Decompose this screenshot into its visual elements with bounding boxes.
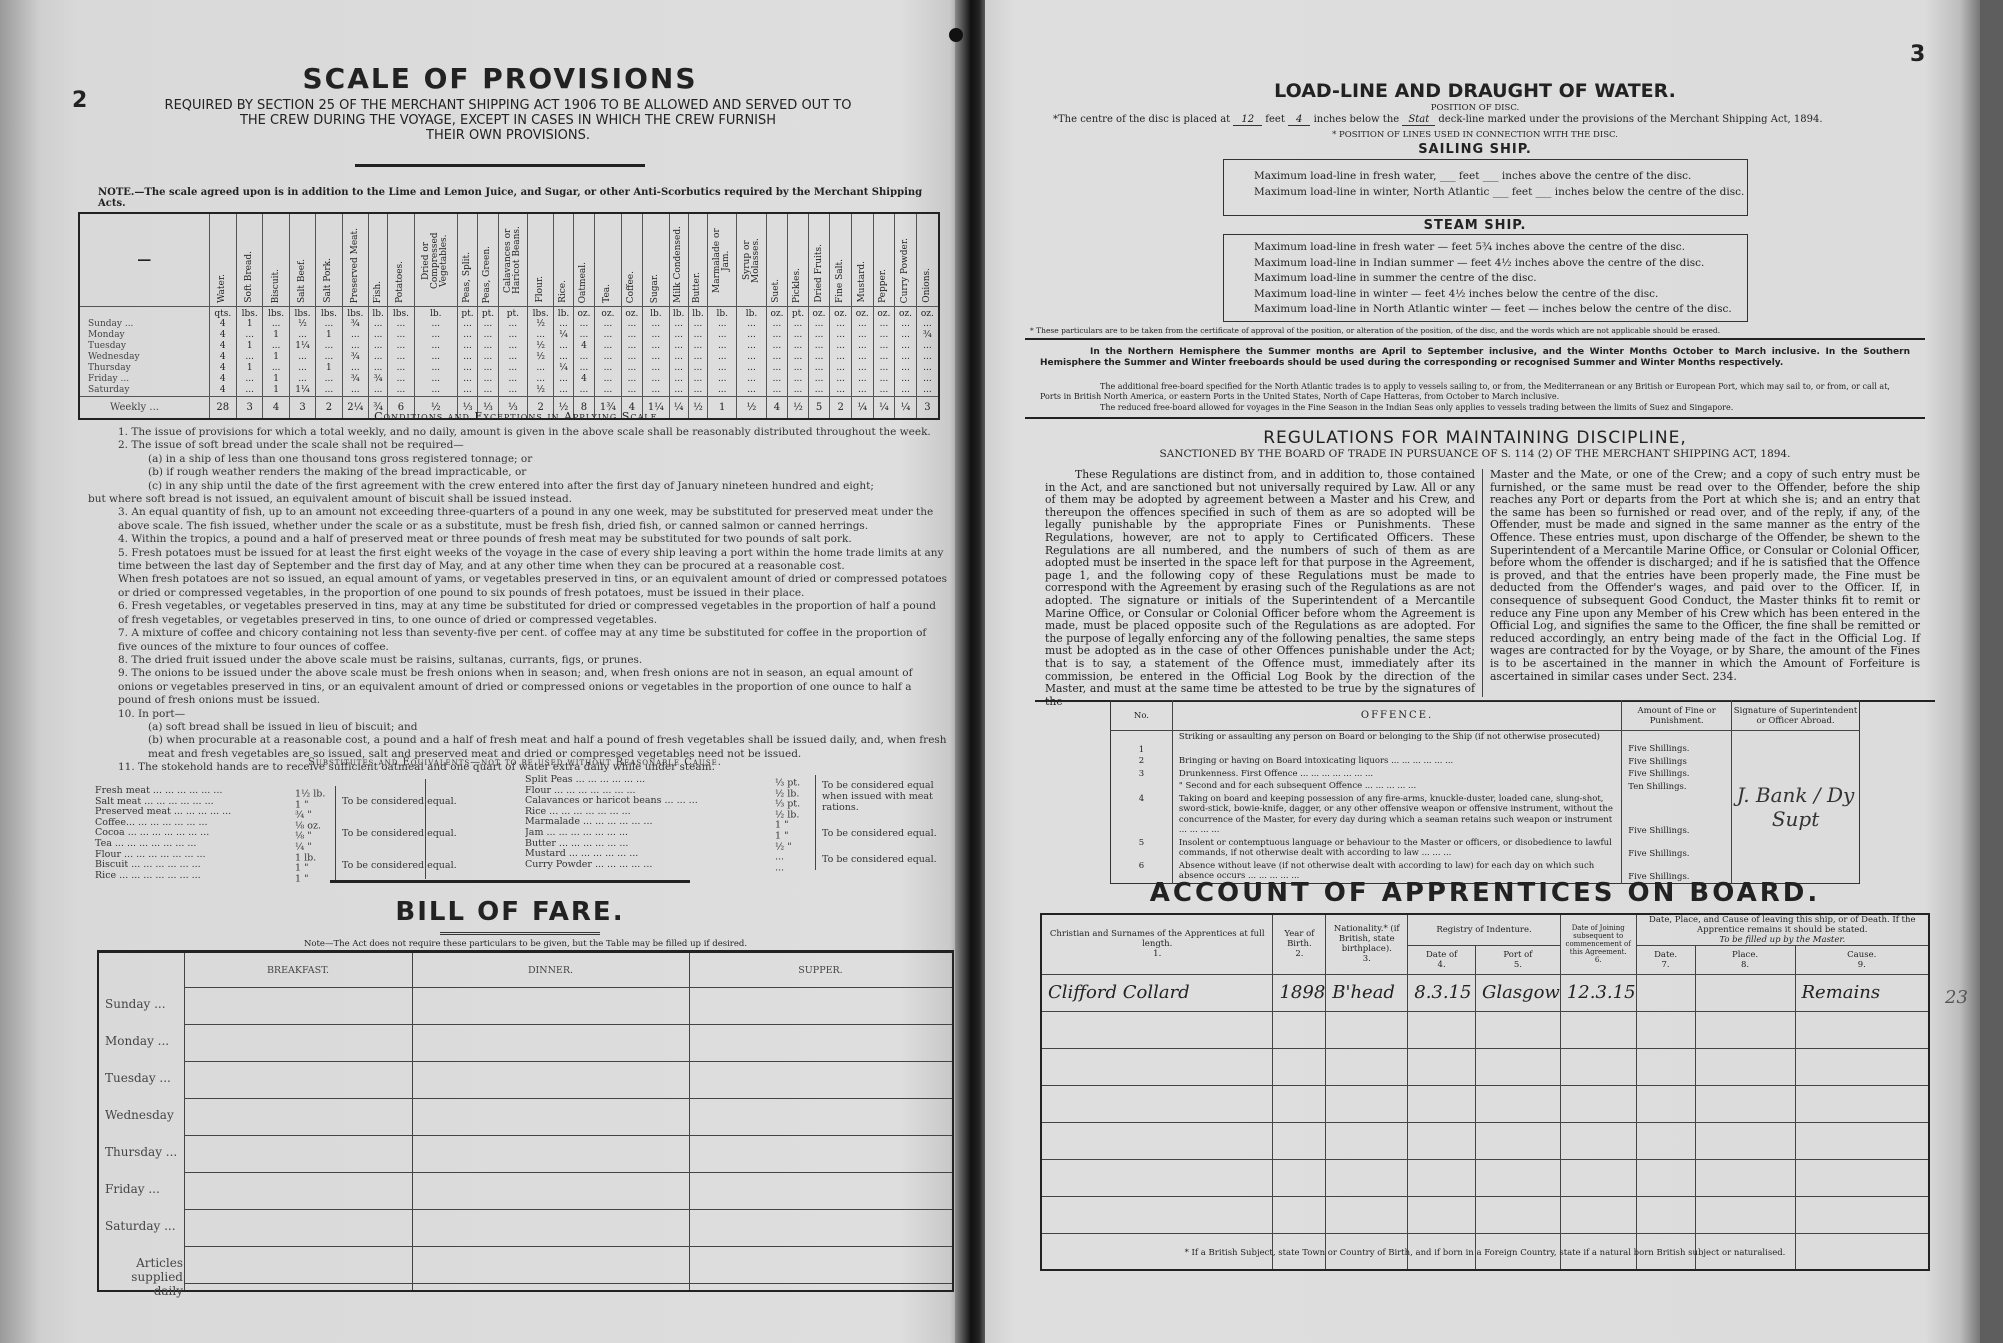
- page-title: LOAD-LINE AND DRAUGHT OF WATER.: [985, 80, 1965, 102]
- substitutes-left: Fresh meat ... ... ... ... ... ...1½ lb.…: [95, 786, 425, 881]
- header-label: Nationality.* (if British, state birthpl…: [1326, 924, 1407, 954]
- offence-fine: Five Shillings.: [1622, 837, 1732, 860]
- apprentice-nationality[interactable]: [1326, 1011, 1408, 1048]
- column-header: Marmalade or Jam.: [708, 213, 737, 307]
- value-cell: ...: [873, 363, 895, 374]
- value-cell: ...: [830, 330, 852, 341]
- value-cell: ...: [808, 341, 830, 352]
- meal-entry-cell[interactable]: [413, 1099, 688, 1134]
- value-cell: ...: [916, 341, 939, 352]
- value-cell: ...: [263, 341, 289, 352]
- value-cell: 1: [237, 341, 263, 352]
- substitute-qty: 1 ": [295, 873, 308, 884]
- page-number: 3: [1910, 42, 1925, 67]
- value-cell: ...: [766, 341, 788, 352]
- apprentice-place[interactable]: [1695, 1011, 1795, 1048]
- apprentice-date[interactable]: [1636, 1196, 1695, 1233]
- unit-cell: lb.: [368, 307, 387, 320]
- meal-entry-cell[interactable]: [185, 1210, 411, 1245]
- unit-cell: pt.: [498, 307, 527, 320]
- unit-cell: lbs.: [342, 307, 368, 320]
- apprentice-cause[interactable]: [1795, 1159, 1929, 1196]
- value-cell: ½: [527, 385, 553, 397]
- value-cell: ...: [573, 385, 595, 397]
- apprentice-year[interactable]: [1273, 1196, 1326, 1233]
- apprentice-joining[interactable]: [1560, 1048, 1636, 1085]
- value-cell: ...: [895, 352, 917, 363]
- value-cell: ...: [788, 363, 808, 374]
- corner-label: —: [79, 213, 209, 307]
- value-cell: ...: [643, 330, 669, 341]
- apprentice-name[interactable]: [1041, 1159, 1273, 1196]
- value-cell: ...: [851, 374, 873, 385]
- load-line-row: Maximum load-line in fresh water — feet …: [1254, 240, 1747, 256]
- apprentice-date-of[interactable]: 8.3.15: [1408, 974, 1476, 1011]
- column-name: Pepper.: [879, 265, 888, 303]
- apprentice-nationality[interactable]: [1326, 1196, 1408, 1233]
- value-cell: ...: [873, 374, 895, 385]
- value-cell: ...: [766, 374, 788, 385]
- header-signature: Signature of Superintendent or Officer A…: [1732, 701, 1860, 731]
- apprentice-year[interactable]: [1273, 1122, 1326, 1159]
- apprentice-date[interactable]: [1636, 1048, 1695, 1085]
- unit-cell: lb.: [643, 307, 669, 320]
- substitute-item: Coffee... ... ... ... ... ... ...: [95, 818, 295, 829]
- meal-entry-cell[interactable]: [185, 988, 411, 1023]
- apprentice-joining[interactable]: [1560, 1011, 1636, 1048]
- apprentice-name[interactable]: Clifford Collard: [1041, 974, 1273, 1011]
- apprentice-joining[interactable]: [1560, 1122, 1636, 1159]
- meal-entry-cell[interactable]: [185, 1173, 411, 1208]
- substitutes-title: Substitutes and Equivalents—not to be us…: [195, 757, 835, 768]
- value-cell: ...: [669, 385, 688, 397]
- column-header: Milk Condensed.: [669, 213, 688, 307]
- unit-cell: pt.: [457, 307, 477, 320]
- column-number: 8.: [1696, 960, 1795, 970]
- value-cell: ...: [478, 385, 498, 397]
- value-cell: ...: [873, 352, 895, 363]
- value-cell: 1: [316, 363, 342, 374]
- apprentice-date-of[interactable]: [1408, 1196, 1476, 1233]
- apprentice-name[interactable]: [1041, 1085, 1273, 1122]
- header-nationality: Nationality.* (if British, state birthpl…: [1326, 914, 1408, 974]
- column-number: 7.: [1637, 960, 1695, 970]
- value-cell: 4: [209, 374, 237, 385]
- unit-cell: oz.: [873, 307, 895, 320]
- value-cell: ...: [643, 363, 669, 374]
- value-cell: 1: [263, 352, 289, 363]
- meal-entry-cell[interactable]: [690, 1062, 951, 1097]
- apprentice-nationality[interactable]: [1326, 1159, 1408, 1196]
- value-cell: ¼: [554, 363, 573, 374]
- value-cell: ...: [766, 363, 788, 374]
- column-name: Mustard.: [858, 257, 867, 303]
- apprentice-date[interactable]: [1636, 974, 1695, 1011]
- apprentice-place[interactable]: [1695, 1196, 1795, 1233]
- disc-feet-value: 12: [1233, 114, 1262, 126]
- column-number: 3.: [1326, 954, 1407, 964]
- meal-entry-cell[interactable]: [690, 1025, 951, 1060]
- offence-number: 2: [1111, 755, 1173, 768]
- apprentice-nationality[interactable]: [1326, 1085, 1408, 1122]
- unit-cell: oz.: [621, 307, 643, 320]
- apprentice-date[interactable]: [1636, 1122, 1695, 1159]
- value-cell: ¼: [554, 330, 573, 341]
- apprentice-joining[interactable]: 12.3.15: [1560, 974, 1636, 1011]
- column-name: Syrup or Molasses.: [743, 214, 761, 303]
- meal-entry-cell[interactable]: [185, 1025, 411, 1060]
- day-label: Saturday: [79, 385, 209, 397]
- condition-item: (a) in a ship of less than one thousand …: [88, 453, 948, 466]
- value-cell: ...: [498, 341, 527, 352]
- apprentice-port-of[interactable]: [1475, 1159, 1560, 1196]
- apprentice-date-of[interactable]: [1408, 1122, 1476, 1159]
- day-label: Thursday ...: [105, 1145, 183, 1159]
- value-cell: ...: [237, 385, 263, 397]
- value-cell: ...: [851, 363, 873, 374]
- header-label: Date, Place, and Cause of leaving this s…: [1637, 915, 1928, 935]
- condition-item: 6. Fresh vegetables, or vegetables prese…: [88, 600, 948, 627]
- column-number: 9.: [1796, 960, 1929, 970]
- unit-cell: pt.: [788, 307, 808, 320]
- value-cell: ...: [237, 330, 263, 341]
- substitute-item: Cocoa ... ... ... ... ... ... ...: [95, 828, 295, 839]
- value-cell: ...: [498, 385, 527, 397]
- value-cell: ...: [414, 374, 457, 385]
- column-name: Preserved Meat.: [351, 224, 360, 303]
- meal-entry-cell[interactable]: [185, 1062, 411, 1097]
- column-header: Soft Bread.: [237, 213, 263, 307]
- apprentice-date[interactable]: [1636, 1159, 1695, 1196]
- meal-entry-cell[interactable]: [185, 1247, 411, 1282]
- divider: [1025, 417, 1925, 419]
- regulations-subtitle: SANCTIONED BY THE BOARD OF TRADE IN PURS…: [985, 448, 1965, 460]
- value-cell: ...: [498, 330, 527, 341]
- apprentices-table: Christian and Surnames of the Apprentice…: [1040, 913, 1930, 1271]
- column-header: Rice.: [554, 213, 573, 307]
- apprentice-name[interactable]: [1041, 1196, 1273, 1233]
- substitute-group: Split Peas ... ... ... ... ... ...⅓ pt.F…: [525, 775, 955, 817]
- column-header: Peas, Green.: [478, 213, 498, 307]
- value-cell: ...: [851, 330, 873, 341]
- apprentice-cause[interactable]: [1795, 1196, 1929, 1233]
- value-cell: ...: [851, 352, 873, 363]
- apprentice-place[interactable]: [1695, 1085, 1795, 1122]
- value-cell: ...: [669, 352, 688, 363]
- value-cell: ...: [895, 385, 917, 397]
- column-header: Onions.: [916, 213, 939, 307]
- meal-entry-cell[interactable]: [690, 1210, 951, 1245]
- meal-header: BREAKFAST.: [184, 965, 412, 976]
- value-cell: ...: [621, 319, 643, 330]
- column-header: Fish.: [368, 213, 387, 307]
- apprentice-nationality[interactable]: [1326, 1048, 1408, 1085]
- column-header: Calavances or Haricot Beans.: [498, 213, 527, 307]
- apprentice-port-of[interactable]: [1475, 1122, 1560, 1159]
- substitute-item: Flour ... ... ... ... ... ... ...: [95, 850, 295, 861]
- column-header: Salt Pork.: [316, 213, 342, 307]
- value-cell: 4: [573, 374, 595, 385]
- value-cell: ...: [414, 319, 457, 330]
- meal-entry-cell[interactable]: [185, 1136, 411, 1171]
- value-cell: ...: [788, 341, 808, 352]
- value-cell: ½: [527, 341, 553, 352]
- apprentice-port-of[interactable]: Glasgow: [1475, 974, 1560, 1011]
- value-cell: ...: [478, 363, 498, 374]
- column-name: Flour.: [536, 272, 545, 303]
- apprentice-port-of[interactable]: [1475, 1048, 1560, 1085]
- meal-entry-cell[interactable]: [690, 988, 951, 1023]
- column-name: Potatoes.: [396, 257, 405, 303]
- apprentice-cause[interactable]: [1795, 1085, 1929, 1122]
- regulations-column-2: Master and the Mate, or one of the Crew;…: [1490, 469, 1920, 683]
- apprentice-date[interactable]: [1636, 1085, 1695, 1122]
- apprentice-year[interactable]: 1898: [1273, 974, 1326, 1011]
- substitute-group: Coffee... ... ... ... ... ... ...⅛ oz.Co…: [95, 818, 425, 850]
- value-cell: ½: [289, 319, 315, 330]
- condition-item: 5. Fresh potatoes must be issued for at …: [88, 547, 948, 574]
- column-name: Pickles.: [793, 264, 802, 303]
- value-cell: ...: [708, 319, 737, 330]
- meal-entry-cell[interactable]: [690, 1136, 951, 1171]
- day-label: Monday: [79, 330, 209, 341]
- value-cell: ...: [669, 341, 688, 352]
- load-line-row: Maximum load-line in fresh water, ___ fe…: [1254, 168, 1747, 184]
- value-cell: ...: [737, 341, 766, 352]
- value-cell: ...: [554, 374, 573, 385]
- apprentice-row-empty: [1041, 1048, 1929, 1085]
- column-name: Peas, Split.: [463, 248, 472, 303]
- unit-cell: lb.: [414, 307, 457, 320]
- apprentice-place[interactable]: [1695, 1048, 1795, 1085]
- unit-cell: lb.: [737, 307, 766, 320]
- column-header: Water.: [209, 213, 237, 307]
- blank-cell: [79, 307, 209, 320]
- value-cell: ...: [916, 385, 939, 397]
- column-name: Suet.: [772, 275, 781, 303]
- unit-cell: pt.: [478, 307, 498, 320]
- substitute-item: Flour ... ... ... ... ... ... ...: [525, 786, 775, 797]
- apprentice-place[interactable]: [1695, 974, 1795, 1011]
- apprentice-port-of[interactable]: [1475, 1085, 1560, 1122]
- value-cell: 4: [209, 352, 237, 363]
- value-cell: ...: [457, 352, 477, 363]
- unit-cell: oz.: [830, 307, 852, 320]
- value-cell: ...: [788, 374, 808, 385]
- unit-cell: oz.: [573, 307, 595, 320]
- apprentice-port-of[interactable]: [1475, 1196, 1560, 1233]
- meal-entry-cell[interactable]: [413, 1210, 688, 1245]
- apprentice-row: Clifford Collard1898B'head8.3.15Glasgow1…: [1041, 974, 1929, 1011]
- column-header: Flour.: [527, 213, 553, 307]
- value-cell: ...: [643, 341, 669, 352]
- equal-label: To be considered equal.: [335, 818, 465, 850]
- column-name: Curry Powder.: [901, 234, 910, 303]
- meal-entry-cell[interactable]: [413, 1062, 688, 1097]
- sailing-ship-title: SAILING SHIP.: [985, 142, 1965, 157]
- header-label: Date of Joining subsequent to commenceme…: [1561, 924, 1636, 956]
- unit-cell: oz.: [595, 307, 621, 320]
- apprentice-date-of[interactable]: [1408, 1159, 1476, 1196]
- apprentice-place[interactable]: [1695, 1122, 1795, 1159]
- value-cell: ...: [688, 330, 707, 341]
- regulations-column-1: These Regulations are distinct from, and…: [1045, 469, 1475, 708]
- apprentice-cause[interactable]: [1795, 1011, 1929, 1048]
- load-line-row: Maximum load-line in winter, North Atlan…: [1254, 184, 1747, 200]
- header-sub-label: To be filled up by the Master.: [1637, 935, 1928, 945]
- apprentice-joining[interactable]: [1560, 1159, 1636, 1196]
- binding-hole: [949, 28, 963, 42]
- apprentice-row-empty: [1041, 1085, 1929, 1122]
- apprentice-row-empty: [1041, 1196, 1929, 1233]
- apprentice-joining[interactable]: [1560, 1085, 1636, 1122]
- apprentice-joining[interactable]: [1560, 1196, 1636, 1233]
- value-cell: ...: [388, 363, 414, 374]
- header-offence: OFFENCE.: [1172, 701, 1621, 731]
- apprentice-year[interactable]: [1273, 1085, 1326, 1122]
- apprentice-place[interactable]: [1695, 1159, 1795, 1196]
- day-label: Saturday ...: [105, 1219, 183, 1233]
- substitute-group: Fresh meat ... ... ... ... ... ...1½ lb.…: [95, 786, 425, 818]
- apprentice-cause[interactable]: Remains: [1795, 974, 1929, 1011]
- value-cell: 4: [209, 363, 237, 374]
- apprentice-name[interactable]: [1041, 1122, 1273, 1159]
- deck-value: Stat: [1402, 114, 1435, 126]
- value-cell: ...: [595, 341, 621, 352]
- value-cell: 1: [237, 363, 263, 374]
- conditions-list: 1. The issue of provisions for which a t…: [88, 426, 948, 775]
- value-cell: ...: [643, 352, 669, 363]
- condition-item: (a) soft bread shall be issued in lieu o…: [88, 721, 948, 734]
- value-cell: ...: [895, 374, 917, 385]
- unit-cell: oz.: [808, 307, 830, 320]
- value-cell: ...: [368, 385, 387, 397]
- divider: [330, 880, 690, 883]
- meal-entry-cell[interactable]: [413, 1173, 688, 1208]
- value-cell: ...: [414, 352, 457, 363]
- load-line-row: Maximum load-line in winter — feet 4½ in…: [1254, 287, 1747, 303]
- value-cell: ...: [388, 385, 414, 397]
- substitute-qty: ...: [775, 862, 784, 873]
- header-label: Year of Birth.: [1273, 929, 1325, 949]
- value-cell: ...: [895, 330, 917, 341]
- apprentice-name[interactable]: [1041, 1048, 1273, 1085]
- header-cause: Cause.9.: [1795, 946, 1929, 975]
- value-cell: ...: [478, 374, 498, 385]
- freeboard-note: The additional free-board specified for …: [1040, 382, 1910, 402]
- header-place: Place.8.: [1695, 946, 1795, 975]
- value-cell: ...: [788, 352, 808, 363]
- disc-sentence: *The centre of the disc is placed at 12 …: [1053, 114, 1953, 125]
- apprentice-date-of[interactable]: [1408, 1011, 1476, 1048]
- apprentice-date-of[interactable]: [1408, 1048, 1476, 1085]
- margin-note: 23: [1945, 987, 1968, 1008]
- value-cell: ...: [916, 374, 939, 385]
- condition-item: 3. An equal quantity of fish, up to an a…: [88, 506, 948, 533]
- meal-entry-cell[interactable]: [413, 988, 688, 1023]
- apprentice-date[interactable]: [1636, 1011, 1695, 1048]
- value-cell: ...: [498, 374, 527, 385]
- meal-header: SUPPER.: [689, 965, 952, 976]
- header-label: Date of: [1408, 950, 1475, 960]
- offence-fine: Five Shillings: [1622, 755, 1732, 768]
- condition-item: 8. The dried fruit issued under the abov…: [88, 654, 948, 667]
- column-name: Soft Bread.: [245, 247, 254, 303]
- day-label: Sunday ...: [105, 997, 183, 1011]
- apprentice-cause[interactable]: [1795, 1048, 1929, 1085]
- header-label: Cause.: [1796, 950, 1929, 960]
- apprentice-nationality[interactable]: [1326, 1122, 1408, 1159]
- apprentice-name[interactable]: [1041, 1011, 1273, 1048]
- header-year: Year of Birth.2.: [1273, 914, 1326, 974]
- value-cell: ...: [414, 341, 457, 352]
- disc-prefix: *The centre of the disc is placed at: [1053, 114, 1230, 125]
- page-number: 2: [72, 88, 87, 113]
- value-cell: ...: [414, 385, 457, 397]
- column-header: Mustard.: [851, 213, 873, 307]
- value-cell: ...: [316, 385, 342, 397]
- meal-entry-cell[interactable]: [185, 1099, 411, 1134]
- value-cell: 4: [209, 319, 237, 330]
- apprentice-nationality[interactable]: B'head: [1326, 974, 1408, 1011]
- value-cell: ...: [737, 352, 766, 363]
- value-cell: ...: [643, 385, 669, 397]
- meal-entry-cell[interactable]: [413, 1136, 688, 1171]
- meal-entry-cell[interactable]: [413, 1025, 688, 1060]
- unit-cell: lb.: [708, 307, 737, 320]
- value-cell: ¾: [342, 352, 368, 363]
- meal-entry-cell[interactable]: [413, 1247, 688, 1282]
- meal-entry-cell[interactable]: [690, 1099, 951, 1134]
- column-number: 1.: [1042, 949, 1272, 959]
- apprentice-date-of[interactable]: [1408, 1085, 1476, 1122]
- header-label: Port of: [1476, 950, 1560, 960]
- apprentice-cause[interactable]: [1795, 1122, 1929, 1159]
- value-cell: ...: [688, 352, 707, 363]
- value-cell: ...: [916, 319, 939, 330]
- value-cell: ...: [621, 330, 643, 341]
- meal-entry-cell[interactable]: [690, 1173, 951, 1208]
- load-line-row: Maximum load-line in North Atlantic wint…: [1254, 302, 1747, 318]
- offence-description: Insolent or contemptuous language or beh…: [1172, 837, 1621, 860]
- column-name: Sugar.: [651, 270, 660, 303]
- apprentice-row-empty: [1041, 1122, 1929, 1159]
- apprentice-year[interactable]: [1273, 1159, 1326, 1196]
- offence-description: Bringing or having on Board intoxicating…: [1172, 755, 1621, 768]
- day-label: Sunday ...: [79, 319, 209, 330]
- value-cell: ...: [289, 374, 315, 385]
- value-cell: ...: [595, 385, 621, 397]
- apprentice-year[interactable]: [1273, 1048, 1326, 1085]
- value-cell: ...: [916, 363, 939, 374]
- value-cell: ...: [368, 363, 387, 374]
- column-header: Preserved Meat.: [342, 213, 368, 307]
- condition-item: 10. In port—: [88, 708, 948, 721]
- table-row: Thursday41......1.......................…: [79, 363, 939, 374]
- value-cell: ...: [498, 363, 527, 374]
- value-cell: ...: [368, 330, 387, 341]
- apprentice-port-of[interactable]: [1475, 1011, 1560, 1048]
- divider: [440, 932, 600, 935]
- unit-cell: lbs.: [527, 307, 553, 320]
- value-cell: ...: [708, 341, 737, 352]
- unit-cell: oz.: [916, 307, 939, 320]
- unit-cell: lb.: [554, 307, 573, 320]
- condition-item: 1. The issue of provisions for which a t…: [88, 426, 948, 439]
- meal-entry-cell[interactable]: [690, 1247, 951, 1282]
- apprentice-year[interactable]: [1273, 1011, 1326, 1048]
- substitute-group: Flour ... ... ... ... ... ... ...1 lb.Bi…: [95, 850, 425, 882]
